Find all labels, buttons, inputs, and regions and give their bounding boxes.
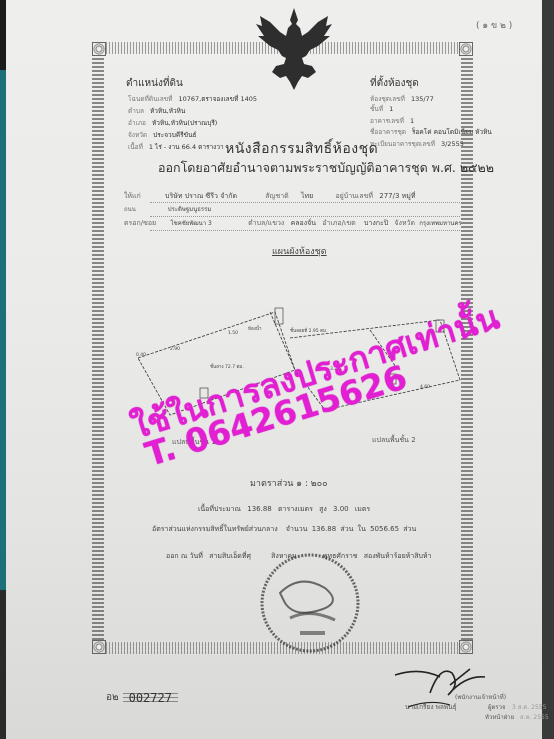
inspector-label: ผู้ตรวจ	[488, 702, 506, 712]
land-field-area: เนื้อที่1 ไร่ - งาน 66.4 ตารางวา	[128, 142, 224, 152]
serial-value: 002727	[123, 691, 178, 705]
officer-name: นายเกรียง พลพันธุ์	[405, 702, 457, 712]
official-seal-stamp	[255, 548, 365, 658]
background-edge	[540, 0, 554, 739]
serial-prefix: อ๒	[106, 690, 119, 705]
inspector-date: 3 ส.ค. 2555	[512, 702, 546, 712]
address-line: ตรอก/ซอย โชคชัยพัฒนา 3 ตำบล/แขวง คลองจั่…	[124, 218, 462, 229]
unit-location-heading: ที่ตั้งห้องชุด	[370, 76, 419, 91]
land-field-subdistrict: ตำบลหัวหิน,หัวหิน	[128, 106, 185, 116]
unit-field-building-no: อาคารเลขที่1	[370, 116, 414, 126]
unit-field-room-no: ห้องชุดเลขที่135/77	[370, 94, 434, 104]
land-field-province: จังหวัดประจวบคีรีขันธ์	[128, 130, 197, 140]
scale-label: มาตราส่วน ๑ : ๒๐๐	[250, 476, 328, 490]
corner-ornament-icon	[459, 42, 473, 56]
owner-line: ให้แก่ บริษัท ปราณ ซีรีว จำกัด สัญชาติ ไ…	[124, 191, 415, 202]
corner-ornament-icon	[92, 640, 106, 654]
unit-field-floor: ชั้นที่1	[370, 104, 393, 114]
page-number: ( ๑ ข ๒ )	[476, 18, 512, 32]
corner-ornament-icon	[459, 640, 473, 654]
svg-text:ชั้นลอยที่ 2.95 ตม.: ชั้นลอยที่ 2.95 ตม.	[290, 327, 327, 334]
svg-text:0.40: 0.40	[136, 352, 146, 358]
document-subtitle: ออกโดยอาศัยอำนาจตามพระราชบัญญัติอาคารชุด…	[158, 158, 494, 178]
border-left	[92, 56, 104, 640]
unit-field-registration-no: ทะเบียนอาคารชุดเลขที่3/2555	[370, 139, 464, 149]
dotted-rule	[150, 202, 460, 203]
area-line: เนื้อที่ประมาณ 136.88 ตารางเมตร สูง 3.00…	[198, 504, 370, 515]
corner-ornament-icon	[92, 42, 106, 56]
floor-2-label: แปลนพื้นชั้น 2	[372, 435, 416, 446]
serial-number: อ๒ 002727	[106, 690, 178, 705]
svg-text:ห้องน้ำ: ห้องน้ำ	[248, 325, 262, 332]
ownership-ratio-line: อัตราส่วนแห่งกรรมสิทธิ์ในทรัพย์ส่วนกลาง …	[152, 524, 416, 535]
land-field-deed-no: โฉนดที่ดินเลขที่10767,ตราจองเลขที่ 1405	[128, 94, 257, 104]
department-head-label: หัวหน้าฝ่าย	[485, 712, 514, 722]
land-field-district: อำเภอหัวหิน,หัวหิน(ปราณบุรี)	[128, 118, 217, 128]
dotted-rule	[150, 230, 460, 231]
document-title: หนังสือกรรมสิทธิ์ห้องชุด	[225, 138, 378, 160]
floor-plan-heading: แผนผังห้องชุด	[272, 244, 327, 258]
land-location-heading: ตำแหน่งที่ดิน	[126, 76, 183, 91]
garuda-emblem-icon	[252, 6, 336, 94]
road-line: ถนน ประดิษฐมนูธรรม	[124, 204, 211, 214]
dotted-rule	[150, 216, 460, 217]
svg-text:4.60: 4.60	[420, 384, 430, 390]
unit-field-building-name: ชื่ออาคารชุดร็อคโค่ คอนโดมิเนียม หัวหิน	[370, 127, 492, 137]
svg-text:1.50: 1.50	[228, 330, 238, 336]
officer-role: (พนักงานเจ้าหน้าที่)	[455, 692, 506, 702]
department-head-date: ส.ค. 2555	[520, 712, 549, 722]
svg-text:2.90: 2.90	[170, 346, 180, 352]
